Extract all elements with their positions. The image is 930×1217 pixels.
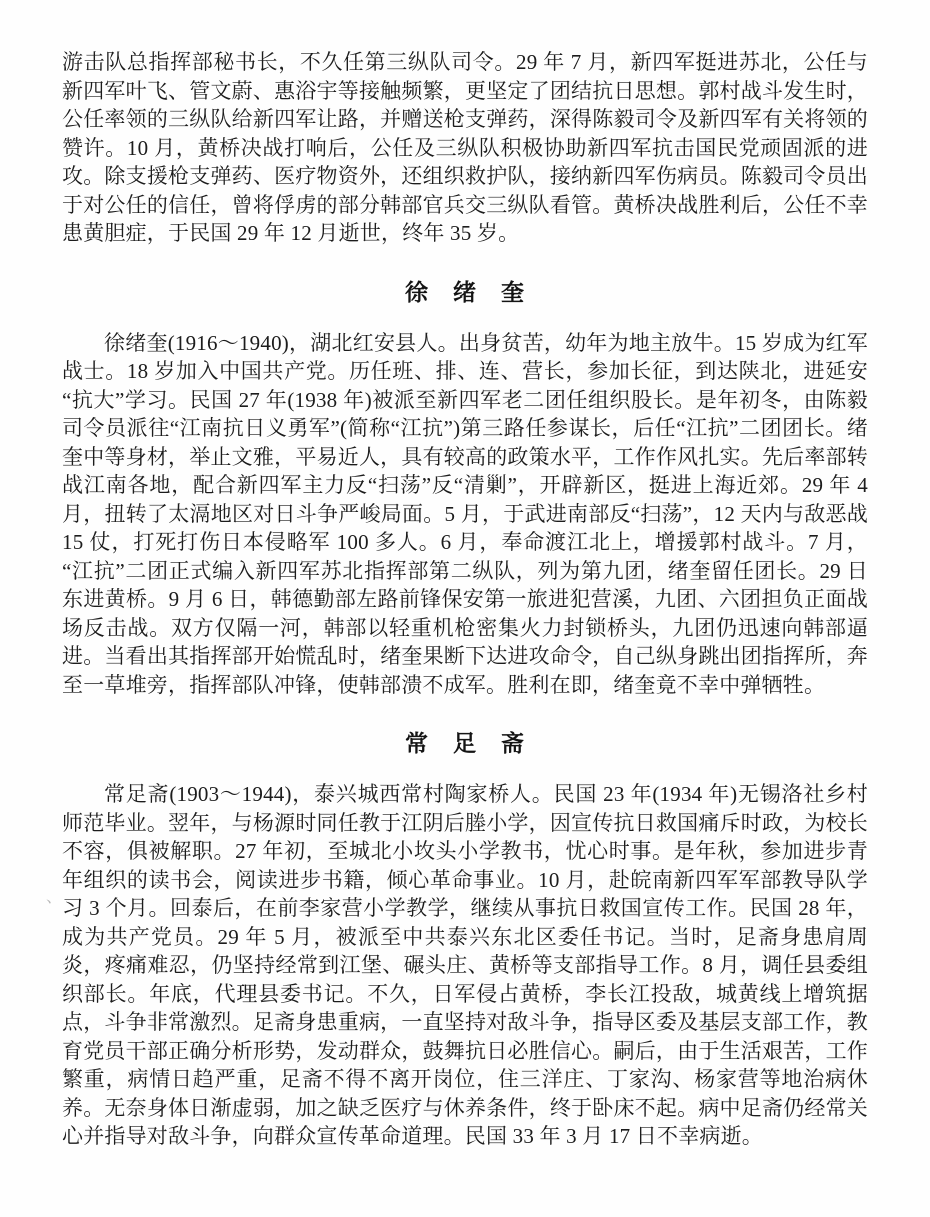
- scan-noise-mark: 、: [46, 884, 62, 907]
- scanned-page: 游击队总指挥部秘书长，不久任第三纵队司令。29 年 7 月，新四军挺进苏北，公任…: [0, 0, 930, 1217]
- section-heading-chang-zuzhai: 常 足 斋: [62, 725, 868, 758]
- paragraph-chang-zuzhai-biography: 常足斋(1903～1944)，泰兴城西常村陶家桥人。民国 23 年(1934 年…: [62, 780, 868, 1151]
- paragraph-biography-continuation: 游击队总指挥部秘书长，不久任第三纵队司令。29 年 7 月，新四军挺进苏北，公任…: [62, 48, 868, 248]
- paragraph-xu-xukui-biography: 徐绪奎(1916～1940)，湖北红安县人。出身贫苦，幼年为地主放牛。15 岁成…: [62, 329, 868, 700]
- page-text-column: 游击队总指挥部秘书长，不久任第三纵队司令。29 年 7 月，新四军挺进苏北，公任…: [62, 48, 868, 1151]
- section-heading-xu-xukui: 徐 绪 奎: [62, 274, 868, 307]
